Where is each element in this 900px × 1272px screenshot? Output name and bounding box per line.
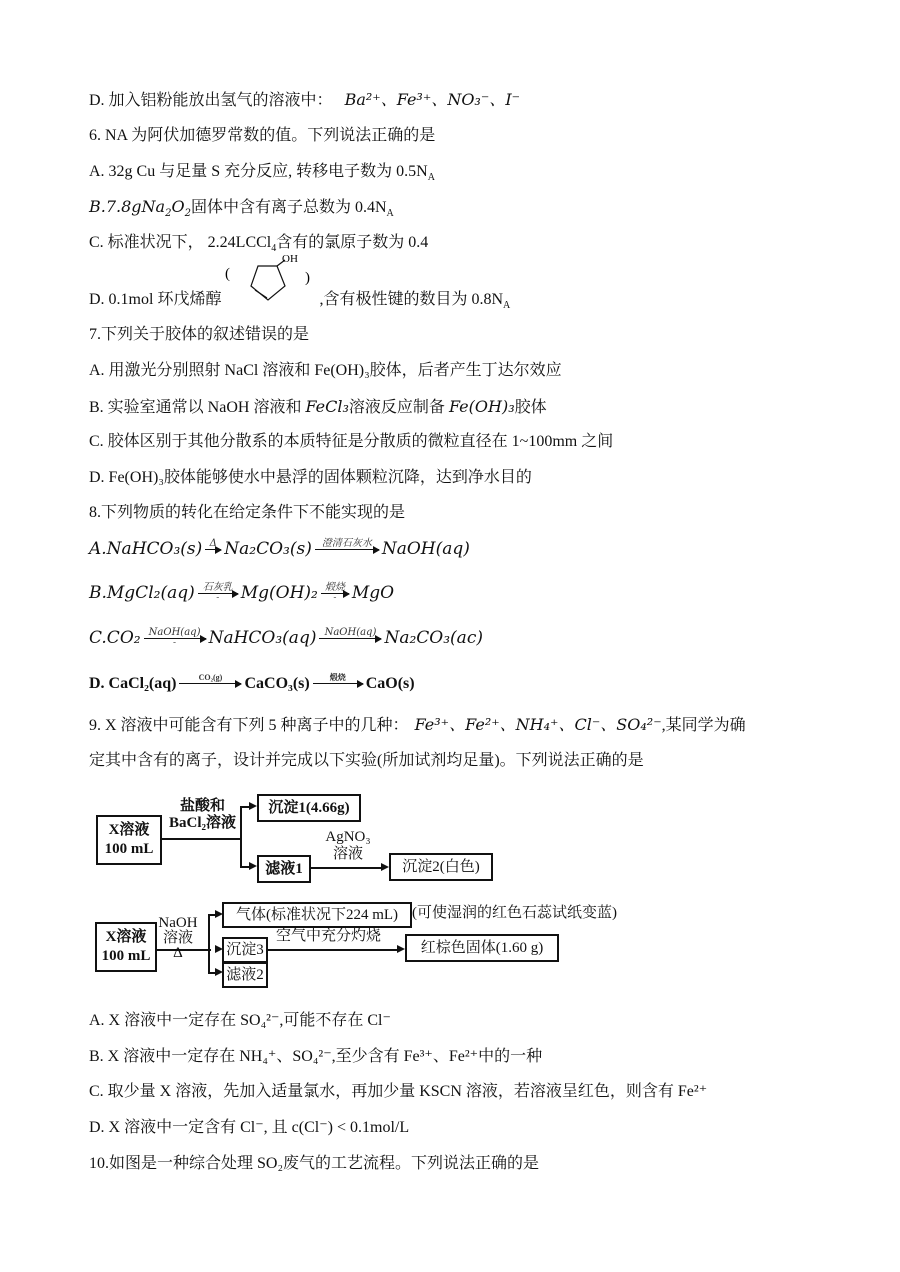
q8-option-b: B.MgCl₂(aq) 石灰乳- Mg(OH)₂ 煅烧- MgO bbox=[89, 582, 394, 603]
arrow-head-icon bbox=[249, 802, 257, 810]
flow-line bbox=[310, 867, 382, 869]
condition: 石灰乳 bbox=[203, 582, 233, 593]
svg-text:): ) bbox=[305, 270, 310, 286]
ion: Ba²⁺ bbox=[345, 90, 381, 109]
q7-option-c: C. 胶体区别于其他分散系的本质特征是分散质的微粒直径在 1~100mm 之间 bbox=[89, 432, 613, 452]
q7-option-a: A. 用激光分别照射 NaCl 溶液和 Fe(OH)₃胶体，后者产生丁达尔效应 bbox=[89, 361, 562, 381]
ion: NO₃⁻ bbox=[447, 90, 489, 109]
flow-box-precip3: 沉淀3 bbox=[222, 937, 268, 963]
reaction-arrow: Δ bbox=[205, 538, 221, 559]
flow-line bbox=[208, 914, 210, 972]
q8-option-c: C.CO₂ NaOH(aq)- NaHCO₃(aq) NaOH(aq) Na₂C… bbox=[89, 627, 483, 648]
q9-stem-line1: 9. X 溶液中可能含有下列 5 种离子中的几种：Fe³⁺、Fe²⁺、NH₄⁺、… bbox=[89, 715, 746, 736]
flow-gas-note: (可使湿润的红色石蕊试纸变蓝) bbox=[412, 905, 617, 922]
q6-option-c: C. 标准状况下， 2.24LCCl4含有的氯原子数为 0.4 bbox=[89, 233, 428, 253]
svg-text:OH: OH bbox=[282, 254, 298, 265]
q5-option-d-ions: Ba²⁺、Fe³⁺、NO₃⁻、I⁻ bbox=[345, 90, 521, 109]
condition: CO₂(g) bbox=[199, 672, 223, 683]
flow-reagent-label: 盐酸和 BaCl₂溶液 bbox=[165, 798, 240, 832]
flow-box-precip2: 沉淀2(白色) bbox=[389, 853, 493, 881]
flow-reagent2-label: AgNO₃ 溶液 bbox=[318, 829, 378, 863]
condition: 煅烧 bbox=[330, 672, 346, 683]
q9-option-c: C. 取少量 X 溶液，先加入适量氯水，再加少量 KSCN 溶液，若溶液呈红色，… bbox=[89, 1082, 707, 1102]
species: B.MgCl₂(aq) bbox=[89, 583, 195, 603]
reaction-arrow: NaOH(aq)- bbox=[144, 627, 206, 648]
q5-option-d-text: D. 加入铝粉能放出氢气的溶液中： bbox=[89, 92, 333, 109]
q6-option-c-prefix: C. 标准状况下， 2.24LCCl bbox=[89, 234, 271, 251]
q6-option-b-suffix: 固体中含有离子总数为 0.4N bbox=[191, 199, 387, 216]
formula: FeCl₃ bbox=[305, 397, 348, 416]
q9-option-a: A. X 溶液中一定存在 SO₄²⁻,可能不存在 Cl⁻ bbox=[89, 1011, 391, 1031]
subscript: A bbox=[387, 208, 394, 219]
reaction-arrow: 煅烧- bbox=[321, 582, 349, 603]
q8-option-a: A.NaHCO₃(s) Δ Na₂CO₃(s) 澄清石灰水 NaOH(aq) bbox=[89, 538, 470, 559]
species: NaHCO₃(aq) bbox=[209, 628, 317, 648]
ion: Fe³⁺ bbox=[397, 90, 432, 109]
q9-stem-ions: Fe³⁺、Fe²⁺、NH₄⁺、Cl⁻、SO₄²⁻ bbox=[415, 715, 662, 734]
flow-box-x-solution: X溶液 100 mL bbox=[95, 922, 157, 972]
cyclopentenol-structure: ( OH ) bbox=[225, 290, 315, 310]
q6-option-d: D. 0.1mol 环戊烯醇 ( OH ) ,含有极性键的数目为 0.8NA bbox=[89, 290, 510, 310]
q9-stem-suffix: ,某同学为确 bbox=[662, 717, 746, 734]
condition: NaOH(aq) bbox=[149, 627, 201, 638]
q8-stem: 8.下列物质的转化在给定条件下不能实现的是 bbox=[89, 503, 405, 523]
species: Mg(OH)₂ bbox=[241, 583, 318, 603]
flow-line bbox=[266, 949, 398, 951]
species: Na₂CO₃(ac) bbox=[384, 628, 483, 648]
arrow-head-icon bbox=[249, 862, 257, 870]
q9-stem-line2: 定其中含有的离子，设计并完成以下实验(所加试剂均足量)。下列说法正确的是 bbox=[89, 751, 644, 771]
q7-option-b-mid: 溶液反应制备 bbox=[349, 399, 449, 416]
q6-option-c-suffix: 含有的氯原子数为 0.4 bbox=[276, 234, 428, 251]
q6-option-d-prefix: D. 0.1mol 环戊烯醇 bbox=[89, 291, 221, 308]
q6-option-b-prefix: B.7.8gNa bbox=[89, 197, 165, 216]
flow-step-label: 空气中充分灼烧 bbox=[276, 928, 381, 945]
flow-line bbox=[155, 949, 211, 951]
q6-option-a-text: A. 32g Cu 与足量 S 充分反应, 转移电子数为 0.5N bbox=[89, 163, 428, 180]
q7-option-b: B. 实验室通常以 NaOH 溶液和 FeCl₃溶液反应制备 Fe(OH)₃胶体 bbox=[89, 397, 547, 418]
q7-option-b-prefix: B. 实验室通常以 NaOH 溶液和 bbox=[89, 399, 305, 416]
flow-line bbox=[160, 838, 242, 840]
species: Na₂CO₃(s) bbox=[224, 539, 312, 559]
q8-option-d: D. CaCl₂(aq) CO₂(g) CaCO₃(s) 煅烧 CaO(s) bbox=[89, 672, 415, 693]
q9-option-d: D. X 溶液中一定含有 Cl⁻, 且 c(Cl⁻) < 0.1mol/L bbox=[89, 1118, 409, 1138]
q6-option-b: B.7.8gNa2O2固体中含有离子总数为 0.4NA bbox=[89, 197, 394, 218]
flow-box-filtrate1: 滤液1 bbox=[257, 855, 311, 883]
species: D. CaCl₂(aq) bbox=[89, 675, 176, 693]
reaction-arrow: CO₂(g) bbox=[179, 672, 241, 693]
arrow-head-icon bbox=[381, 863, 389, 871]
formula-o: O bbox=[171, 197, 184, 216]
flow-box-gas: 气体(标准状况下224 mL) bbox=[222, 902, 412, 928]
flow-box-solid: 红棕色固体(1.60 g) bbox=[405, 934, 559, 962]
reaction-arrow: NaOH(aq) bbox=[319, 627, 381, 648]
flow-box-filtrate2: 滤液2 bbox=[222, 962, 268, 988]
formula: Fe(OH)₃ bbox=[449, 397, 515, 416]
condition: 煅烧 bbox=[325, 582, 345, 593]
q7-option-d: D. Fe(OH)₃胶体能够使水中悬浮的固体颗粒沉降，达到净水目的 bbox=[89, 468, 532, 488]
flow-line bbox=[240, 806, 242, 866]
q5-option-d: D. 加入铝粉能放出氢气的溶液中： Ba²⁺、Fe³⁺、NO₃⁻、I⁻ bbox=[89, 90, 520, 111]
cyclopentenol-ring-icon: ( OH ) bbox=[225, 254, 315, 310]
q7-option-b-suffix: 胶体 bbox=[515, 399, 547, 416]
q9-option-b: B. X 溶液中一定存在 NH₄⁺、SO₄²⁻,至少含有 Fe³⁺、Fe²⁺中的… bbox=[89, 1047, 542, 1067]
ion: I⁻ bbox=[505, 90, 520, 109]
q6-option-d-suffix: ,含有极性键的数目为 0.8N bbox=[319, 291, 503, 308]
reaction-arrow: 澄清石灰水 bbox=[315, 538, 379, 559]
flow-box-precip1: 沉淀1(4.66g) bbox=[257, 794, 361, 822]
flow-box-x-solution: X溶液 100 mL bbox=[96, 815, 162, 865]
reaction-arrow: 煅烧 bbox=[313, 672, 363, 693]
condition: NaOH(aq) bbox=[325, 627, 377, 638]
condition: 澄清石灰水 bbox=[322, 538, 372, 549]
q6-option-a: A. 32g Cu 与足量 S 充分反应, 转移电子数为 0.5NA bbox=[89, 162, 435, 182]
flow-reagent-label: NaOH 溶液 Δ bbox=[153, 916, 203, 961]
species: MgO bbox=[352, 583, 394, 603]
svg-text:(: ( bbox=[225, 266, 230, 282]
species: NaOH(aq) bbox=[382, 539, 470, 559]
q9-stem-prefix: 9. X 溶液中可能含有下列 5 种离子中的几种： bbox=[89, 717, 409, 734]
q6-stem: 6. NA 为阿伏加德罗常数的值。下列说法正确的是 bbox=[89, 126, 435, 146]
species: A.NaHCO₃(s) bbox=[89, 539, 202, 559]
species: CaO(s) bbox=[366, 675, 415, 693]
species: C.CO₂ bbox=[89, 628, 141, 648]
q10-stem: 10.如图是一种综合处理 SO₂废气的工艺流程。下列说法正确的是 bbox=[89, 1154, 539, 1174]
subscript: A bbox=[503, 300, 510, 311]
q7-stem: 7.下列关于胶体的叙述错误的是 bbox=[89, 325, 309, 345]
reaction-arrow: 石灰乳- bbox=[198, 582, 238, 603]
subscript: A bbox=[428, 172, 435, 183]
species: CaCO₃(s) bbox=[244, 675, 309, 693]
arrow-head-icon bbox=[397, 945, 405, 953]
